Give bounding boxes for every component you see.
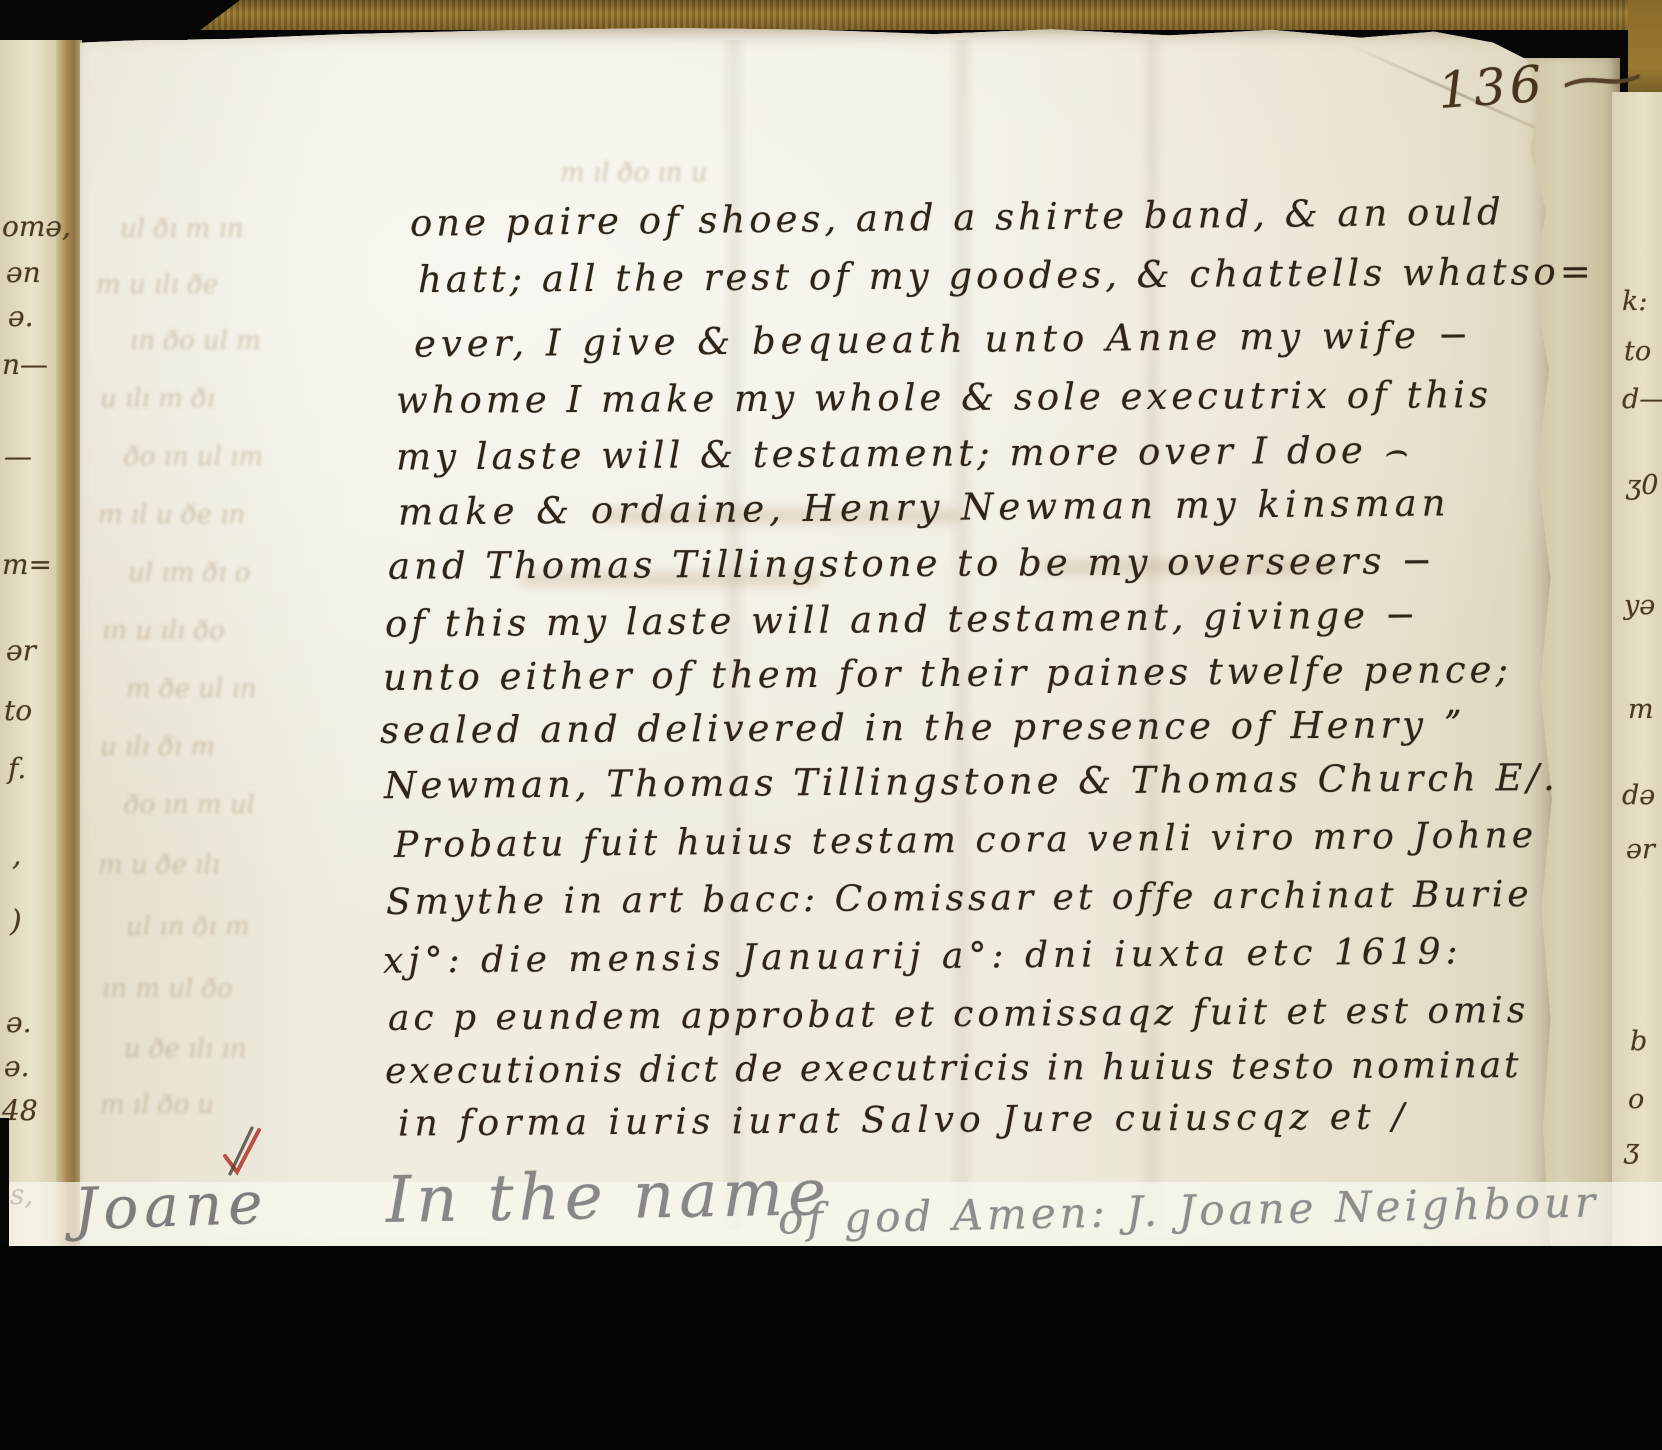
left-page-fragment: ə. (4, 1050, 29, 1083)
right-page-fragment: ʒ0 (1626, 470, 1658, 501)
bleedthrough-line: ul ın ðı m (126, 912, 250, 942)
bleedthrough-line: m u ılı ðe (96, 270, 218, 300)
manuscript-line: Smythe in art bacc: Comissar et offe arc… (386, 874, 1533, 923)
left-page-fragment: ə. (8, 300, 33, 333)
manuscript-line: sealed and delivered in the presence of … (380, 703, 1465, 752)
manuscript-line: and Thomas Tillingstone to be my oversee… (388, 539, 1436, 587)
photo-black-edge (0, 1118, 9, 1248)
right-page-fragment: m (1628, 694, 1654, 725)
right-page-fragment: d— (1622, 384, 1662, 415)
photo-black-bottom (0, 1246, 1662, 1450)
book-binding-cloth (140, 0, 1662, 30)
right-page-fragment: o (1628, 1084, 1644, 1115)
manuscript-line: unto either of them for their paines twe… (383, 648, 1512, 699)
right-page-fragment: ʒ (1624, 1134, 1639, 1165)
photo-black-corner (0, 0, 240, 40)
bleedthrough-line: m ıl ðo u (100, 1090, 214, 1120)
manuscript-line: executionis dict de executricis in huius… (385, 1045, 1522, 1092)
bleedthrough-line: m ðe ul ın (126, 674, 257, 704)
next-will-incipit-large: In the name (385, 1156, 831, 1238)
manuscript-line: hatt; all the rest of my goodes, & chatt… (418, 250, 1595, 301)
left-page-fragment: n— (2, 348, 48, 381)
left-page-fragment: — (4, 440, 32, 473)
red-check-icon (218, 1124, 268, 1180)
manuscript-line: Newman, Thomas Tillingstone & Thomas Chu… (384, 756, 1559, 807)
folio-flourish: ~ (1550, 46, 1662, 112)
red-check-svg (218, 1124, 268, 1180)
bleedthrough-line: ðo ın m ul (124, 790, 255, 820)
right-page-fragment: ər (1626, 834, 1655, 865)
bleedthrough-line: u ılı m ðı (100, 384, 215, 414)
manuscript-photo: m ıl ðo ın uul ðı m ınm u ılı ðeın ðo ul… (0, 0, 1662, 1450)
manuscript-line: in forma iuris iurat Salvo Jure cuiuscqz… (398, 1096, 1409, 1144)
left-page-fragment: ) (10, 904, 22, 939)
manuscript-line: ac p eundem approbat et comissaqz fuit e… (388, 990, 1529, 1039)
left-page-fragment: omə, (2, 210, 71, 243)
bleedthrough-line: ın u ılı ðo (102, 616, 225, 646)
right-page-fragment: to (1624, 336, 1651, 367)
left-page-fragment: ə. (6, 1006, 31, 1039)
right-page-fragment: b (1630, 1026, 1647, 1057)
left-page-fragment: to (4, 694, 32, 727)
bleedthrough-line: m ıl u ðe ın (98, 500, 245, 530)
left-page-fragment: ən (6, 256, 41, 289)
left-page-fragment: , (12, 838, 22, 873)
manuscript-line: make & ordaine, Henry Newman my kinsman (398, 481, 1451, 533)
bleedthrough-line: ðo ın ul ım (124, 442, 263, 472)
right-page-fragment: yə (1624, 590, 1655, 621)
bleedthrough-line: m ıl ðo ın u (560, 158, 707, 188)
folio-number-text: 136 (1436, 55, 1547, 120)
bleedthrough-line: ın ðo ul m (130, 326, 261, 356)
left-page-fragment: ər (6, 634, 36, 667)
bleedthrough-line: ın m ul ðo (102, 974, 233, 1004)
right-page-fragment: k: (1622, 286, 1647, 317)
left-page-fragment: f. (8, 752, 26, 785)
folio-number: 136 ~ (1436, 50, 1613, 120)
manuscript-line: my laste will & testament; more over I d… (396, 428, 1411, 479)
right-page-fragment: də (1622, 780, 1655, 811)
bleedthrough-line: u ılı ðı m (100, 732, 215, 762)
bleedthrough-line: u ðe ılı ın (124, 1034, 247, 1064)
next-page-edge (1612, 92, 1662, 1248)
manuscript-line: whome I make my whole & sole executrix o… (396, 373, 1492, 422)
manuscript-line: of this my laste will and testament, giv… (385, 593, 1420, 645)
bleedthrough-line: m u ðe ılı (98, 850, 220, 880)
left-page-fragment: m= (2, 548, 52, 581)
bleedthrough-line: ul ðı m ın (120, 214, 244, 244)
bleedthrough-line: ul ım ðı o (128, 558, 250, 588)
